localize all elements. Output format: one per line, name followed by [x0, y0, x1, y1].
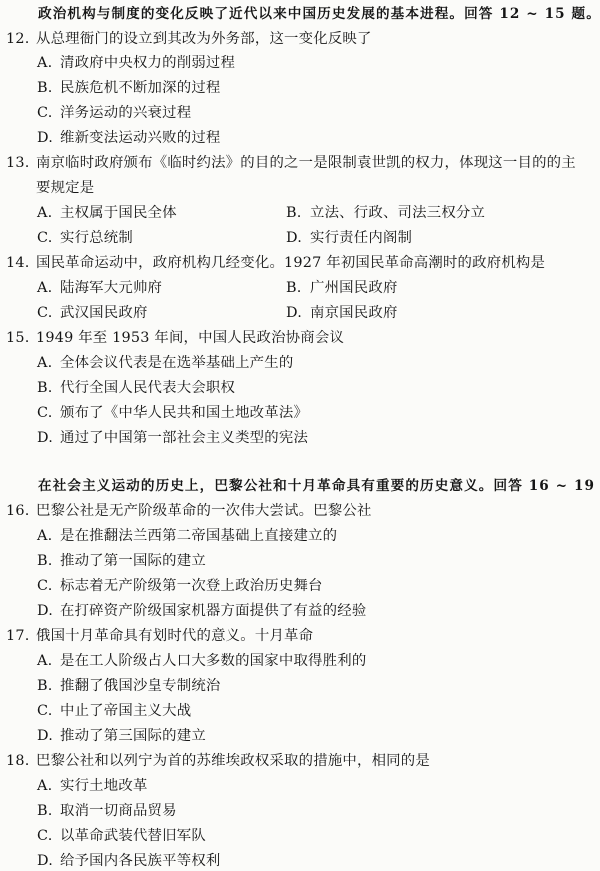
- option-label: D.: [37, 126, 59, 151]
- option-label: C.: [37, 699, 59, 724]
- option-text: 是在推翻法兰西第二帝国基础上直接建立的: [60, 524, 337, 549]
- option-label: B.: [37, 549, 59, 574]
- option-text: 陆海军大元帅府: [60, 276, 162, 301]
- option-label: A.: [37, 201, 59, 226]
- option-label: A.: [37, 351, 59, 376]
- section-intro: 在社会主义运动的历史上，巴黎公社和十月革命具有重要的历史意义。回答 16 ~ 1…: [38, 474, 600, 499]
- option-label: D.: [37, 849, 59, 871]
- option-text: 清政府中央权力的削弱过程: [60, 51, 235, 76]
- option-label: C.: [37, 226, 59, 251]
- option-text: 实行责任内阁制: [310, 226, 412, 251]
- option-text: 主权属于国民全体: [60, 201, 177, 226]
- option-label: D.: [37, 426, 59, 451]
- option-text: 给予国内各民族平等权利: [60, 849, 221, 871]
- option-label: B.: [286, 276, 308, 301]
- option-label: C.: [37, 574, 59, 599]
- question-number: 16.: [6, 499, 36, 524]
- option-text: 武汉国民政府: [60, 301, 148, 326]
- option-text: 是在工人阶级占人口大多数的国家中取得胜利的: [60, 649, 366, 674]
- option-label: B.: [37, 76, 59, 101]
- question-stem: 1949 年至 1953 年间，中国人民政治协商会议: [36, 326, 344, 351]
- option-text: 中止了帝国主义大战: [60, 699, 191, 724]
- option-label: D.: [286, 226, 308, 251]
- option-text: 标志着无产阶级第一次登上政治历史舞台: [60, 574, 323, 599]
- option-text: 颁布了《中华人民共和国土地改革法》: [60, 401, 308, 426]
- option-label: D.: [37, 724, 59, 749]
- option-text: 全体会议代表是在选举基础上产生的: [60, 351, 293, 376]
- question-stem: 从总理衙门的设立到其改为外务部，这一变化反映了: [36, 27, 372, 52]
- option-text: 实行土地改革: [60, 774, 148, 799]
- option-text: 以革命武装代替旧军队: [60, 824, 206, 849]
- question-stem: 国民革命运动中，政府机构几经变化。1927 年初国民革命高潮时的政府机构是: [36, 251, 545, 276]
- question-number: 14.: [6, 251, 36, 276]
- option-label: B.: [37, 376, 59, 401]
- question-stem-continued: 要规定是: [36, 176, 94, 201]
- option-label: D.: [286, 301, 308, 326]
- question-number: 17.: [6, 624, 36, 649]
- option-text: 推动了第一国际的建立: [60, 549, 206, 574]
- option-text: 取消一切商品贸易: [60, 799, 177, 824]
- option-label: A.: [37, 774, 59, 799]
- option-label: A.: [37, 51, 59, 76]
- option-text: 代行全国人民代表大会职权: [60, 376, 235, 401]
- option-label: C.: [37, 301, 59, 326]
- option-label: B.: [37, 674, 59, 699]
- option-text: 推动了第三国际的建立: [60, 724, 206, 749]
- question-number: 12.: [6, 27, 36, 52]
- option-text: 实行总统制: [60, 226, 133, 251]
- option-text: 在打碎资产阶级国家机器方面提供了有益的经验: [60, 599, 366, 624]
- question-stem: 南京临时政府颁布《临时约法》的目的之一是限制袁世凯的权力，体现这一目的的主: [36, 151, 576, 176]
- option-label: A.: [37, 649, 59, 674]
- question-stem: 俄国十月革命具有划时代的意义。十月革命: [36, 624, 313, 649]
- option-label: B.: [286, 201, 308, 226]
- option-text: 推翻了俄国沙皇专制统治: [60, 674, 221, 699]
- option-label: C.: [37, 401, 59, 426]
- option-label: B.: [37, 799, 59, 824]
- option-text: 南京国民政府: [310, 301, 398, 326]
- option-label: C.: [37, 824, 59, 849]
- exam-page: 政治机构与制度的变化反映了近代以来中国历史发展的基本进程。回答 12 ~ 15 …: [0, 0, 600, 871]
- question-number: 13.: [6, 151, 36, 176]
- section-intro: 政治机构与制度的变化反映了近代以来中国历史发展的基本进程。回答 12 ~ 15 …: [38, 2, 600, 27]
- option-text: 维新变法运动兴败的过程: [60, 126, 221, 151]
- question-number: 18.: [6, 749, 36, 774]
- option-text: 通过了中国第一部社会主义类型的宪法: [60, 426, 308, 451]
- option-text: 立法、行政、司法三权分立: [310, 201, 485, 226]
- option-label: A.: [37, 276, 59, 301]
- option-label: D.: [37, 599, 59, 624]
- option-text: 民族危机不断加深的过程: [60, 76, 221, 101]
- question-stem: 巴黎公社和以列宁为首的苏维埃政权采取的措施中，相同的是: [36, 749, 430, 774]
- option-text: 洋务运动的兴衰过程: [60, 101, 191, 126]
- option-label: C.: [37, 101, 59, 126]
- question-stem: 巴黎公社是无产阶级革命的一次伟大尝试。巴黎公社: [36, 499, 372, 524]
- question-number: 15.: [6, 326, 36, 351]
- option-label: A.: [37, 524, 59, 549]
- option-text: 广州国民政府: [310, 276, 398, 301]
